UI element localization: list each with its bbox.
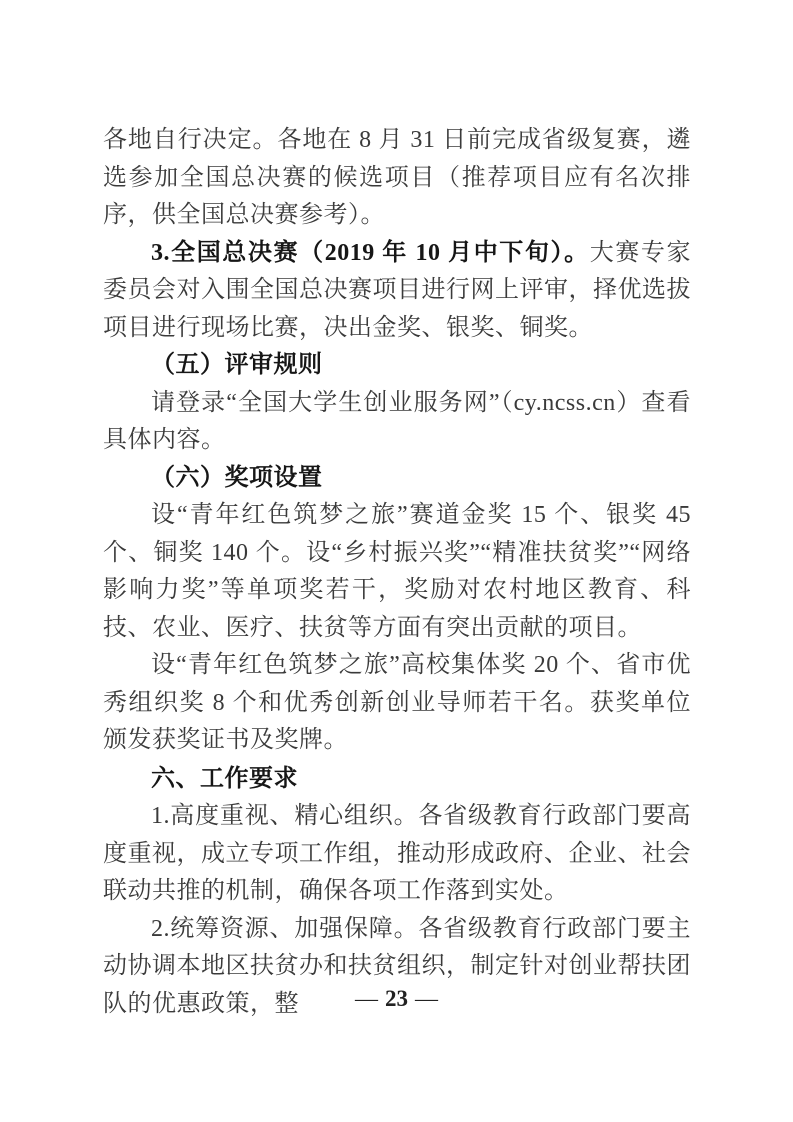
page-footer: —23— <box>0 984 793 1014</box>
text-run: 请登录“全国大学生创业服务网”（cy.ncss.cn）查看具体内容。 <box>103 390 691 454</box>
section-heading: （六）奖项设置 <box>103 460 691 498</box>
footer-left-dash: — <box>348 986 385 1011</box>
paragraph: 3.全国总决赛（2019 年 10 月中下旬）。大赛专家委员会对入围全国总决赛项… <box>103 235 691 348</box>
bold-text-run: 六、工作要求 <box>151 765 298 792</box>
bold-text-run: （五）评审规则 <box>151 352 323 378</box>
text-run: 设“青年红色筑梦之旅”高校集体奖 20 个、省市优秀组织奖 8 个和优秀创新创业… <box>103 652 691 753</box>
bold-text-run: （六）奖项设置 <box>151 465 323 491</box>
paragraph: 设“青年红色筑梦之旅”高校集体奖 20 个、省市优秀组织奖 8 个和优秀创新创业… <box>103 647 691 760</box>
section-heading: （五）评审规则 <box>103 347 691 385</box>
paragraph: 1.高度重视、精心组织。各省级教育行政部门要高度重视，成立专项工作组，推动形成政… <box>103 798 691 911</box>
section-heading: 六、工作要求 <box>103 760 691 799</box>
document-body: 各地自行决定。各地在 8 月 31 日前完成省级复赛，遴选参加全国总决赛的候选项… <box>103 122 691 1023</box>
document-page: 各地自行决定。各地在 8 月 31 日前完成省级复赛，遴选参加全国总决赛的候选项… <box>0 0 793 1122</box>
bold-text-run: 3.全国总决赛（2019 年 10 月中下旬）。 <box>151 240 590 266</box>
page-number: 23 <box>385 986 408 1011</box>
text-run: 各地自行决定。各地在 8 月 31 日前完成省级复赛，遴选参加全国总决赛的候选项… <box>103 127 691 228</box>
footer-right-dash: — <box>408 986 445 1011</box>
paragraph: 设“青年红色筑梦之旅”赛道金奖 15 个、银奖 45 个、铜奖 140 个。设“… <box>103 497 691 647</box>
text-run: 1.高度重视、精心组织。各省级教育行政部门要高度重视，成立专项工作组，推动形成政… <box>103 803 691 904</box>
text-run: 设“青年红色筑梦之旅”赛道金奖 15 个、银奖 45 个、铜奖 140 个。设“… <box>103 502 691 641</box>
paragraph: 各地自行决定。各地在 8 月 31 日前完成省级复赛，遴选参加全国总决赛的候选项… <box>103 122 691 235</box>
paragraph: 请登录“全国大学生创业服务网”（cy.ncss.cn）查看具体内容。 <box>103 385 691 460</box>
